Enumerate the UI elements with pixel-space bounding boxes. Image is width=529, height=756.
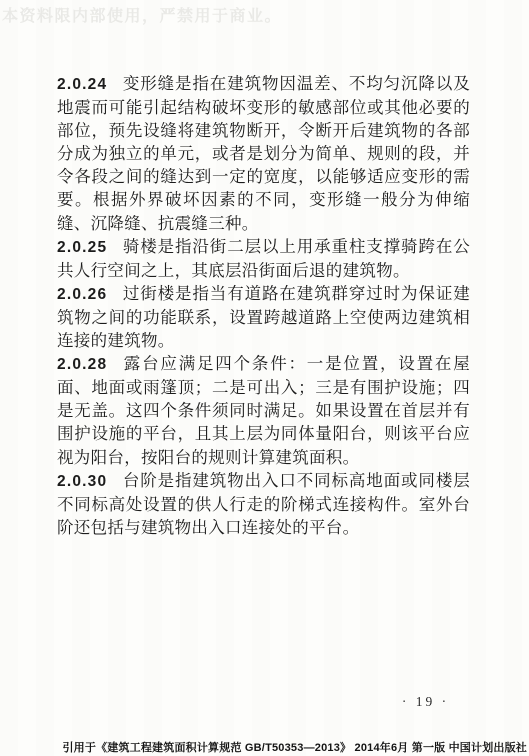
clause-number: 2.0.30 [57,473,107,490]
clause-number: 2.0.25 [57,239,107,256]
document-page: 本资料限内部使用，严禁用于商业。 2.0.24变形缝是指在建筑物因温差、不均匀沉… [0,0,529,756]
clause-paragraph: 2.0.28露台应满足四个条件：一是位置，设置在屋面、地面或雨篷顶；二是可出入；… [57,352,470,468]
clause-paragraph: 2.0.24变形缝是指在建筑物因温差、不均匀沉降以及地震而可能引起结构破坏变形的… [57,72,470,235]
document-body: 2.0.24变形缝是指在建筑物因温差、不均匀沉降以及地震而可能引起结构破坏变形的… [57,72,470,539]
clause-paragraph: 2.0.26过街楼是指当有道路在建筑群穿过时为保证建筑物之间的功能联系，设置跨越… [57,282,470,352]
clause-text: 台阶是指建筑物出入口不同标高地面或同楼层不同标高处设置的供人行走的阶梯式连接构件… [57,471,470,537]
clause-number: 2.0.26 [57,286,107,303]
clause-text: 过街楼是指当有道路在建筑群穿过时为保证建筑物之间的功能联系，设置跨越道路上空使两… [57,284,470,350]
clause-paragraph: 2.0.25骑楼是指沿街二层以上用承重柱支撑骑跨在公共人行空间之上，其底层沿街面… [57,235,470,282]
clause-text: 露台应满足四个条件：一是位置，设置在屋面、地面或雨篷顶；二是可出入；三是有围护设… [57,354,470,466]
clause-text: 骑楼是指沿街二层以上用承重柱支撑骑跨在公共人行空间之上，其底层沿街面后退的建筑物… [57,237,470,280]
watermark-text: 本资料限内部使用，严禁用于商业。 [2,3,282,26]
footer-citation: 引用于《建筑工程建筑面积计算规范 GB/T50353—2013》 2014年6月… [62,739,527,755]
page-number: · 19 · [378,694,473,710]
clause-number: 2.0.24 [57,76,107,93]
clause-number: 2.0.28 [57,356,107,373]
clause-paragraph: 2.0.30台阶是指建筑物出入口不同标高地面或同楼层不同标高处设置的供人行走的阶… [57,469,470,539]
clause-text: 变形缝是指在建筑物因温差、不均匀沉降以及地震而可能引起结构破坏变形的敏感部位或其… [57,74,470,233]
